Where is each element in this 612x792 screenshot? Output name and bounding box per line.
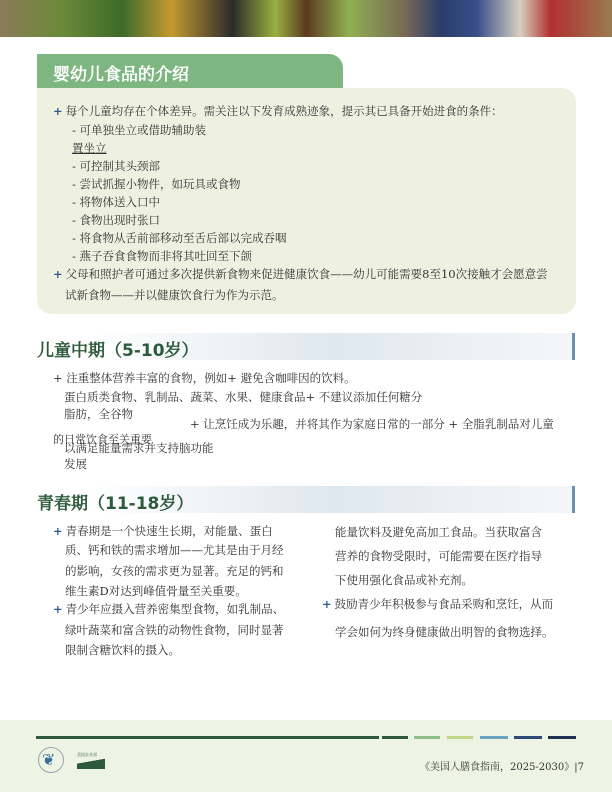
accent-bar [572,333,575,360]
page-citation: 《美国人膳食指南，2025-2030》|7 [420,758,584,773]
middle-line: 蛋白质类食物、乳制品、蔬菜、水果、健康食品+ 不建议添加任何糖分 [64,389,422,405]
teen-right-line: 学会如何为终身健康做出明智的食物选择。 [335,624,554,640]
teen-right-line: 营养的食物受限时，可能需要在医疗指导 [335,548,542,564]
footer-rule-segment [447,736,473,739]
sign-item: - 尝试抓握小物件，如玩具或食物 [72,176,241,192]
intro-title: 婴幼儿食品的介绍 [53,60,189,85]
teen-left-bullet-1: +青春期是一个快速生长期，对能量、蛋白 [53,522,273,541]
teen-left-line: 的影响，女孩的需求更为显著。充足的钙和 [65,563,284,579]
plus-bullet-icon: + [53,104,63,118]
adolescence-heading: 青春期（11-18岁） [37,486,575,513]
middle-line: 以满足能量需求并支持脑功能 [64,440,214,456]
teen-title: 青春期（11-18岁） [37,489,193,514]
teen-left-line: 绿叶蔬菜和富含铁的动物性食物，同时显著 [65,622,284,638]
teen-left-line: 维生素D对达到峰值骨量至关重要。 [65,583,247,599]
plus-bullet-icon: + [322,597,332,611]
middle-line: + 让烹饪成为乐趣，并将其作为家庭日常的一部分 + 全脂乳制品对儿童 [190,416,554,432]
teen-right-line: 能量饮料及避免高加工食品。当获取富含 [335,524,542,540]
food-banner-image [0,0,612,37]
teen-left-line: 限制含糖饮料的摄入。 [65,642,180,658]
sign-item: - 可控制其头颈部 [72,158,160,174]
sign-item: - 可单独坐立或借助辅助装 [72,122,206,138]
middle-line: 脂肪，全谷物 [64,406,133,422]
sign-item: - 将食物从舌前部移动至舌后部以完成吞咽 [72,230,287,246]
footer-rule-segment [514,736,542,739]
usda-logo-icon [77,758,105,769]
sign-item: - 燕子吞食食物而非将其吐回至下颌 [72,248,252,264]
footer-rule-segment [382,736,408,739]
middle-line: + 注重整体营养丰富的食物，例如+ 避免含咖啡因的饮料。 [53,370,356,386]
middle-childhood-heading: 儿童中期（5-10岁） [37,333,575,360]
plus-bullet-icon: + [53,524,63,538]
middle-line: 发展 [64,456,87,472]
footer-rule-segment [480,736,508,739]
sign-item: - 食物出现时张口 [72,212,160,228]
plus-bullet-icon: + [53,267,63,281]
teen-right-bullet: +鼓励青少年积极参与食品采购和烹饪，从而 [322,596,553,612]
intro-bullet-2-cont: 试新食物——并以健康饮食行为作为示范。 [65,287,284,303]
sign-item: - 将物体送入口中 [72,194,160,210]
intro-bullet-2: +父母和照护者可通过多次提供新食物来促进健康饮食——幼儿可能需要8至10次接触才… [53,266,548,282]
accent-bar [572,486,575,513]
sign-item: 置坐立 [72,140,107,156]
teen-left-bullet-2: +青少年应摄入营养密集型食物，如乳制品、 [53,601,284,617]
footer-rule-segment [548,736,576,739]
teen-right-line: 下使用强化食品或补充剂。 [335,572,473,588]
teen-left-line: 质、钙和铁的需求增加——尤其是由于月经 [65,542,284,558]
intro-bullet-1: +每个儿童均存在个体差异。需关注以下发育成熟迹象，提示其已具备开始进食的条件： [53,103,503,119]
footer-rule-segment [36,736,379,739]
plus-bullet-icon: + [53,602,63,616]
hhs-eagle-icon: ❦ [42,750,55,769]
footer-rule-segment [414,736,440,739]
middle-title: 儿童中期（5-10岁） [37,336,199,361]
intro-section-tab: 婴幼儿食品的介绍 [37,54,343,88]
